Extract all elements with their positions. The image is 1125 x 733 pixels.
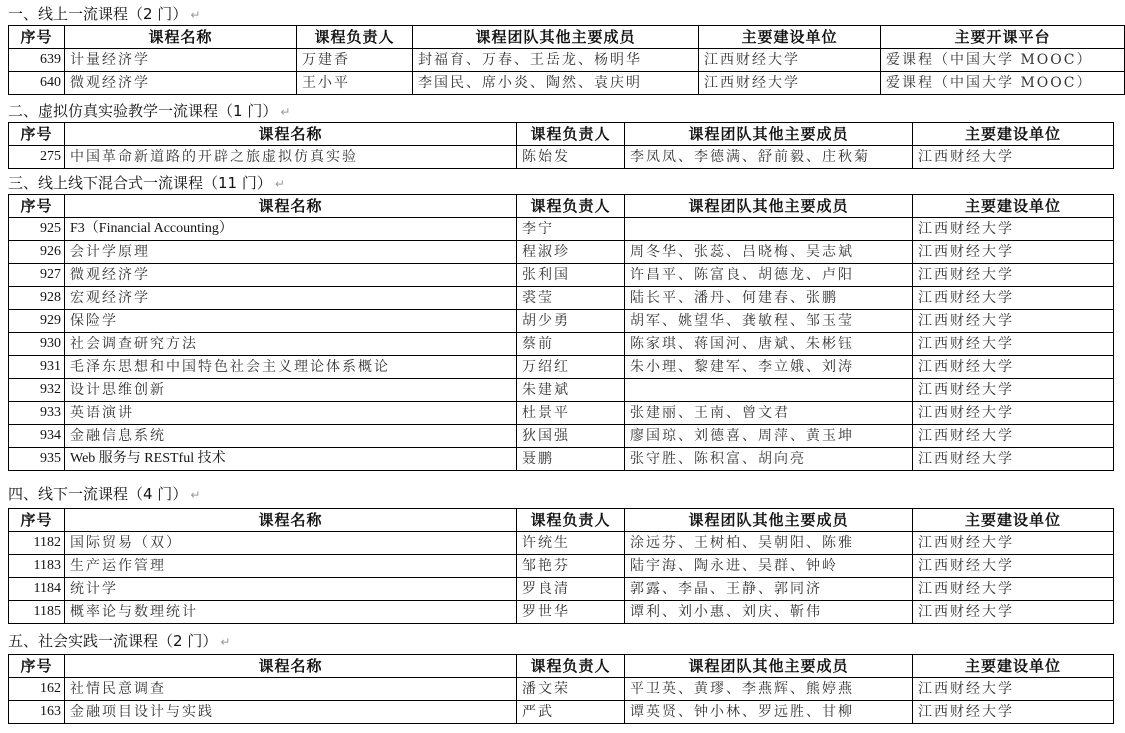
cell-index: 162 [9,678,65,701]
cell-team-members: 谭英贤、钟小林、罗远胜、甘柳 [625,701,913,724]
header-course-name: 课程名称 [65,123,517,146]
section-title-social-practice: 五、社会实践一流课程（2 门）↵ [8,630,230,652]
cell-institution: 江西财经大学 [913,425,1114,448]
cell-course-name: 微观经济学 [65,264,517,287]
cell-course-lead: 蔡前 [517,333,625,356]
table-row: 934 金融信息系统 狄国强 廖国琼、刘德喜、周萍、黄玉坤 江西财经大学 [9,425,1114,448]
header-index: 序号 [9,26,65,49]
cell-course-lead: 罗世华 [517,601,625,624]
cell-team-members: 胡军、姚望华、龚敏程、邹玉莹 [625,310,913,333]
cell-team-members: 陈家琪、蒋国河、唐斌、朱彬钰 [625,333,913,356]
cell-course-name: 生产运作管理 [65,555,517,578]
cell-institution: 江西财经大学 [913,532,1114,555]
table-online-courses: 序号 课程名称 课程负责人 课程团队其他主要成员 主要建设单位 主要开课平台 6… [8,25,1125,95]
cell-course-lead: 朱建斌 [517,379,625,402]
header-course-lead: 课程负责人 [297,26,413,49]
header-course-name: 课程名称 [65,26,297,49]
cell-team-members: 张建丽、王南、曾文君 [625,402,913,425]
table-row: 933 英语演讲 杜景平 张建丽、王南、曾文君 江西财经大学 [9,402,1114,425]
cell-team-members: 封福育、万春、王岳龙、杨明华 [413,49,699,72]
cell-course-name: 会计学原理 [65,241,517,264]
table-row: 1185 概率论与数理统计 罗世华 谭利、刘小惠、刘庆、靳伟 江西财经大学 [9,601,1114,624]
table-row: 640 微观经济学 王小平 李国民、席小炎、陶然、袁庆明 江西财经大学 爱课程（… [9,72,1125,95]
cell-index: 925 [9,218,65,241]
cell-index: 1184 [9,578,65,601]
paragraph-mark-icon: ↵ [220,635,230,649]
cell-institution: 江西财经大学 [699,72,881,95]
cell-team-members: 周冬华、张蕊、吕晓梅、吴志斌 [625,241,913,264]
header-index: 序号 [9,123,65,146]
table-header-row: 序号 课程名称 课程负责人 课程团队其他主要成员 主要建设单位 [9,509,1114,532]
paragraph-mark-icon: ↵ [190,8,200,22]
cell-institution: 江西财经大学 [913,310,1114,333]
cell-team-members: 许昌平、陈富良、胡德龙、卢阳 [625,264,913,287]
cell-course-lead: 王小平 [297,72,413,95]
section-title-text: 四、线下一流课程（4 门） [8,485,187,503]
cell-course-lead: 张利国 [517,264,625,287]
header-team-members: 课程团队其他主要成员 [413,26,699,49]
cell-course-lead: 许统生 [517,532,625,555]
cell-course-lead: 潘文荣 [517,678,625,701]
cell-course-lead: 万绍红 [517,356,625,379]
cell-institution: 江西财经大学 [913,448,1114,471]
cell-course-lead: 李宁 [517,218,625,241]
cell-course-name: 金融信息系统 [65,425,517,448]
paragraph-mark-icon: ↵ [280,105,290,119]
section-title-text: 五、社会实践一流课程（2 门） [8,632,217,650]
cell-index: 927 [9,264,65,287]
table-virtual-sim-courses: 序号 课程名称 课程负责人 课程团队其他主要成员 主要建设单位 275 中国革命… [8,122,1114,169]
cell-course-lead: 陈始发 [517,146,625,169]
header-course-name: 课程名称 [65,655,517,678]
cell-team-members: 李凤凤、李德满、舒前毅、庄秋菊 [625,146,913,169]
header-institution: 主要建设单位 [913,655,1114,678]
cell-index: 640 [9,72,65,95]
cell-course-lead: 万建香 [297,49,413,72]
cell-institution: 江西财经大学 [913,701,1114,724]
cell-course-lead: 邹艳芬 [517,555,625,578]
cell-index: 163 [9,701,65,724]
table-header-row: 序号 课程名称 课程负责人 课程团队其他主要成员 主要建设单位 主要开课平台 [9,26,1125,49]
cell-index: 929 [9,310,65,333]
cell-institution: 江西财经大学 [913,578,1114,601]
cell-index: 275 [9,146,65,169]
section-title-online: 一、线上一流课程（2 门）↵ [8,3,200,25]
cell-team-members: 陆宇海、陶永进、吴群、钟岭 [625,555,913,578]
cell-course-lead: 罗良清 [517,578,625,601]
table-row: 275 中国革命新道路的开辟之旅虚拟仿真实验 陈始发 李凤凤、李德满、舒前毅、庄… [9,146,1114,169]
cell-index: 1182 [9,532,65,555]
cell-team-members: 朱小理、黎建军、李立娥、刘涛 [625,356,913,379]
table-header-row: 序号 课程名称 课程负责人 课程团队其他主要成员 主要建设单位 [9,655,1114,678]
header-course-name: 课程名称 [65,195,517,218]
cell-platform: 爱课程（中国大学 MOOC） [881,49,1125,72]
cell-course-name: 保险学 [65,310,517,333]
cell-team-members: 张守胜、陈积富、胡向亮 [625,448,913,471]
header-institution: 主要建设单位 [913,195,1114,218]
cell-course-name: 中国革命新道路的开辟之旅虚拟仿真实验 [65,146,517,169]
cell-institution: 江西财经大学 [913,678,1114,701]
cell-team-members [625,218,913,241]
header-index: 序号 [9,195,65,218]
cell-team-members: 廖国琼、刘德喜、周萍、黄玉坤 [625,425,913,448]
paragraph-mark-icon: ↵ [275,177,285,191]
cell-index: 932 [9,379,65,402]
table-blended-courses: 序号 课程名称 课程负责人 课程团队其他主要成员 主要建设单位 925 F3（F… [8,194,1114,471]
cell-institution: 江西财经大学 [913,146,1114,169]
header-team-members: 课程团队其他主要成员 [625,509,913,532]
cell-team-members: 李国民、席小炎、陶然、袁庆明 [413,72,699,95]
cell-course-name: 设计思维创新 [65,379,517,402]
cell-institution: 江西财经大学 [913,379,1114,402]
cell-institution: 江西财经大学 [913,356,1114,379]
section-title-virtual-sim: 二、虚拟仿真实验教学一流课程（1 门）↵ [8,100,290,122]
cell-institution: 江西财经大学 [913,241,1114,264]
cell-course-name: 宏观经济学 [65,287,517,310]
section-title-offline: 四、线下一流课程（4 门）↵ [8,483,200,505]
table-row: 928 宏观经济学 裘莹 陆长平、潘丹、何建春、张鹏 江西财经大学 [9,287,1114,310]
cell-course-lead: 裘莹 [517,287,625,310]
cell-course-lead: 胡少勇 [517,310,625,333]
cell-course-name: 国际贸易（双） [65,532,517,555]
cell-index: 935 [9,448,65,471]
table-offline-courses: 序号 课程名称 课程负责人 课程团队其他主要成员 主要建设单位 1182 国际贸… [8,508,1114,624]
cell-team-members: 谭利、刘小惠、刘庆、靳伟 [625,601,913,624]
header-course-name: 课程名称 [65,509,517,532]
cell-team-members: 涂远芬、王树柏、吴朝阳、陈雅 [625,532,913,555]
header-team-members: 课程团队其他主要成员 [625,655,913,678]
cell-index: 928 [9,287,65,310]
section-title-text: 二、虚拟仿真实验教学一流课程（1 门） [8,102,277,120]
cell-index: 931 [9,356,65,379]
cell-platform: 爱课程（中国大学 MOOC） [881,72,1125,95]
cell-course-name: 统计学 [65,578,517,601]
cell-index: 639 [9,49,65,72]
table-row: 930 社会调查研究方法 蔡前 陈家琪、蒋国河、唐斌、朱彬钰 江西财经大学 [9,333,1114,356]
cell-index: 933 [9,402,65,425]
cell-institution: 江西财经大学 [913,402,1114,425]
table-row: 935 Web 服务与 RESTful 技术 聂鹏 张守胜、陈积富、胡向亮 江西… [9,448,1114,471]
cell-index: 1183 [9,555,65,578]
cell-institution: 江西财经大学 [913,287,1114,310]
table-row: 1183 生产运作管理 邹艳芬 陆宇海、陶永进、吴群、钟岭 江西财经大学 [9,555,1114,578]
cell-course-lead: 程淑珍 [517,241,625,264]
cell-index: 934 [9,425,65,448]
table-header-row: 序号 课程名称 课程负责人 课程团队其他主要成员 主要建设单位 [9,195,1114,218]
table-row: 925 F3（Financial Accounting） 李宁 江西财经大学 [9,218,1114,241]
table-row: 162 社情民意调查 潘文荣 平卫英、黄璆、李燕辉、熊婷燕 江西财经大学 [9,678,1114,701]
cell-course-name: 社情民意调查 [65,678,517,701]
cell-course-name: 计量经济学 [65,49,297,72]
header-institution: 主要建设单位 [699,26,881,49]
header-institution: 主要建设单位 [913,509,1114,532]
cell-course-lead: 严武 [517,701,625,724]
cell-course-lead: 聂鹏 [517,448,625,471]
cell-course-lead: 狄国强 [517,425,625,448]
cell-course-name: 英语演讲 [65,402,517,425]
table-row: 926 会计学原理 程淑珍 周冬华、张蕊、吕晓梅、吴志斌 江西财经大学 [9,241,1114,264]
cell-course-name: 社会调查研究方法 [65,333,517,356]
table-row: 931 毛泽东思想和中国特色社会主义理论体系概论 万绍红 朱小理、黎建军、李立娥… [9,356,1114,379]
header-team-members: 课程团队其他主要成员 [625,123,913,146]
table-row: 929 保险学 胡少勇 胡军、姚望华、龚敏程、邹玉莹 江西财经大学 [9,310,1114,333]
section-title-blended: 三、线上线下混合式一流课程（11 门）↵ [8,172,285,194]
cell-course-lead: 杜景平 [517,402,625,425]
table-row: 639 计量经济学 万建香 封福育、万春、王岳龙、杨明华 江西财经大学 爱课程（… [9,49,1125,72]
cell-course-name: 毛泽东思想和中国特色社会主义理论体系概论 [65,356,517,379]
cell-institution: 江西财经大学 [699,49,881,72]
cell-institution: 江西财经大学 [913,264,1114,287]
header-course-lead: 课程负责人 [517,195,625,218]
cell-course-name: 概率论与数理统计 [65,601,517,624]
table-row: 163 金融项目设计与实践 严武 谭英贤、钟小林、罗远胜、甘柳 江西财经大学 [9,701,1114,724]
paragraph-mark-icon: ↵ [190,488,200,502]
cell-index: 930 [9,333,65,356]
header-team-members: 课程团队其他主要成员 [625,195,913,218]
header-index: 序号 [9,655,65,678]
cell-index: 1185 [9,601,65,624]
cell-institution: 江西财经大学 [913,333,1114,356]
cell-course-name: 金融项目设计与实践 [65,701,517,724]
section-title-text: 一、线上一流课程（2 门） [8,5,187,23]
cell-course-name: F3（Financial Accounting） [65,218,517,241]
cell-team-members: 郭露、李晶、王静、郭同济 [625,578,913,601]
cell-institution: 江西财经大学 [913,555,1114,578]
header-index: 序号 [9,509,65,532]
cell-team-members: 平卫英、黄璆、李燕辉、熊婷燕 [625,678,913,701]
header-course-lead: 课程负责人 [517,509,625,532]
table-header-row: 序号 课程名称 课程负责人 课程团队其他主要成员 主要建设单位 [9,123,1114,146]
cell-team-members: 陆长平、潘丹、何建春、张鹏 [625,287,913,310]
table-row: 932 设计思维创新 朱建斌 江西财经大学 [9,379,1114,402]
cell-team-members [625,379,913,402]
table-row: 1184 统计学 罗良清 郭露、李晶、王静、郭同济 江西财经大学 [9,578,1114,601]
cell-course-name: Web 服务与 RESTful 技术 [65,448,517,471]
header-course-lead: 课程负责人 [517,123,625,146]
cell-course-name: 微观经济学 [65,72,297,95]
header-platform: 主要开课平台 [881,26,1125,49]
cell-institution: 江西财经大学 [913,601,1114,624]
header-institution: 主要建设单位 [913,123,1114,146]
table-row: 927 微观经济学 张利国 许昌平、陈富良、胡德龙、卢阳 江西财经大学 [9,264,1114,287]
section-title-text: 三、线上线下混合式一流课程（11 门） [8,174,272,192]
header-course-lead: 课程负责人 [517,655,625,678]
table-row: 1182 国际贸易（双） 许统生 涂远芬、王树柏、吴朝阳、陈雅 江西财经大学 [9,532,1114,555]
table-social-practice-courses: 序号 课程名称 课程负责人 课程团队其他主要成员 主要建设单位 162 社情民意… [8,654,1114,724]
cell-institution: 江西财经大学 [913,218,1114,241]
cell-index: 926 [9,241,65,264]
